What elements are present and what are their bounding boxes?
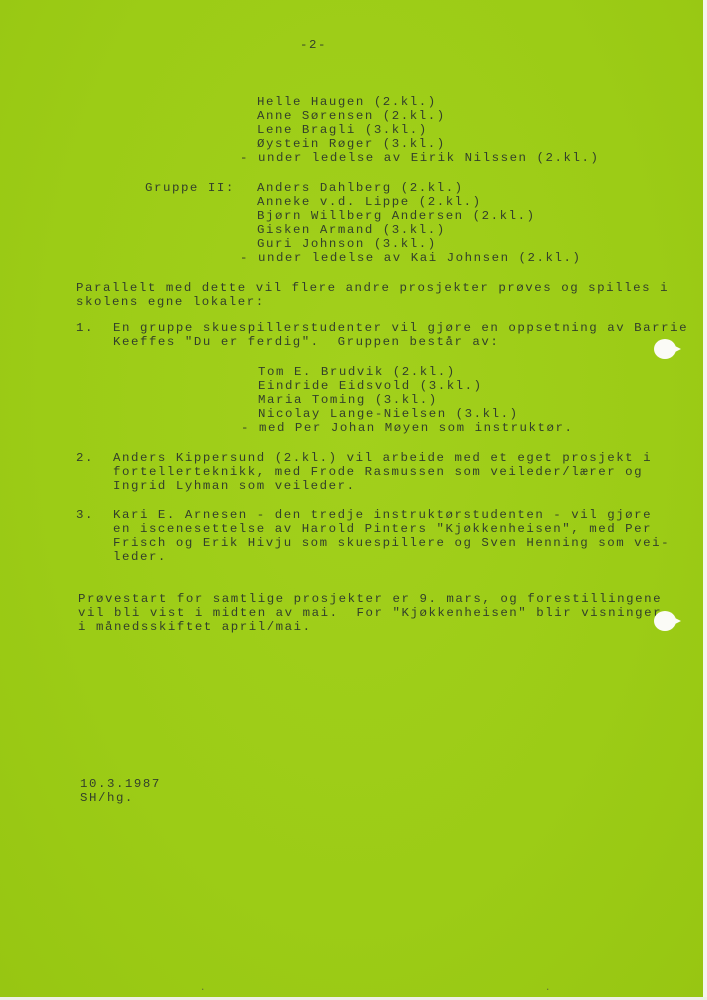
item-3-text: leder. <box>113 550 167 564</box>
closing-paragraph-line: i månedsskiftet april/mai. <box>78 620 312 634</box>
group-one-leader: - under ledelse av Eirik Nilssen (2.kl.) <box>240 151 599 165</box>
item-1-text: En gruppe skuespillerstudenter vil gjøre… <box>113 321 688 335</box>
item-1-member: Eindride Eidsvold (3.kl.) <box>258 379 483 393</box>
item-2-text: Anders Kippersund (2.kl.) vil arbeide me… <box>113 451 652 465</box>
group-two-member: Anders Dahlberg (2.kl.) <box>257 181 464 195</box>
item-3-text: Frisch og Erik Hivju som skuespillere og… <box>113 536 670 550</box>
item-1-text: Keeffes "Du er ferdig". Gruppen består a… <box>113 335 499 349</box>
document-date: 10.3.1987 <box>80 777 161 791</box>
item-2-number: 2. <box>76 451 94 465</box>
item-1-number: 1. <box>76 321 94 335</box>
item-1-instructor: - med Per Johan Møyen som instruktør. <box>241 421 573 435</box>
intro-paragraph-line: skolens egne lokaler: <box>76 295 265 309</box>
item-1-member: Maria Toming (3.kl.) <box>258 393 438 407</box>
author-initials: SH/hg. <box>80 791 134 805</box>
group-one-member: Anne Sørensen (2.kl.) <box>257 109 446 123</box>
intro-paragraph-line: Parallelt med dette vil flere andre pros… <box>76 281 669 295</box>
item-3-text: Kari E. Arnesen - den tredje instruktørs… <box>113 508 652 522</box>
group-two-member: Anneke v.d. Lippe (2.kl.) <box>257 195 482 209</box>
group-two-member: Bjørn Willberg Andersen (2.kl.) <box>257 209 536 223</box>
page-number: -2- <box>300 38 327 52</box>
group-two-member: Guri Johnson (3.kl.) <box>257 237 437 251</box>
punch-hole <box>654 339 676 359</box>
scan-speck: · <box>545 985 550 995</box>
item-1-member: Tom E. Brudvik (2.kl.) <box>258 365 456 379</box>
group-two-label: Gruppe II: <box>145 181 235 195</box>
closing-paragraph-line: Prøvestart for samtlige prosjekter er 9.… <box>78 592 662 606</box>
scan-speck: · <box>200 985 205 995</box>
item-2-text: fortellerteknikk, med Frode Rasmussen so… <box>113 465 643 479</box>
paper-edge <box>703 0 707 1000</box>
item-1-member: Nicolay Lange-Nielsen (3.kl.) <box>258 407 519 421</box>
group-one-member: Lene Bragli (3.kl.) <box>257 123 428 137</box>
item-2-text: Ingrid Lyhman som veileder. <box>113 479 356 493</box>
item-3-text: en iscenesettelse av Harold Pinters "Kjø… <box>113 522 652 536</box>
group-two-leader: - under ledelse av Kai Johnsen (2.kl.) <box>240 251 581 265</box>
item-3-number: 3. <box>76 508 94 522</box>
document-page: -2- Helle Haugen (2.kl.) Anne Sørensen (… <box>0 0 707 1000</box>
punch-hole <box>654 611 676 631</box>
group-one-member: Øystein Røger (3.kl.) <box>257 137 446 151</box>
group-one-member: Helle Haugen (2.kl.) <box>257 95 437 109</box>
closing-paragraph-line: vil bli vist i midten av mai. For "Kjøkk… <box>78 606 662 620</box>
group-two-member: Gisken Armand (3.kl.) <box>257 223 446 237</box>
